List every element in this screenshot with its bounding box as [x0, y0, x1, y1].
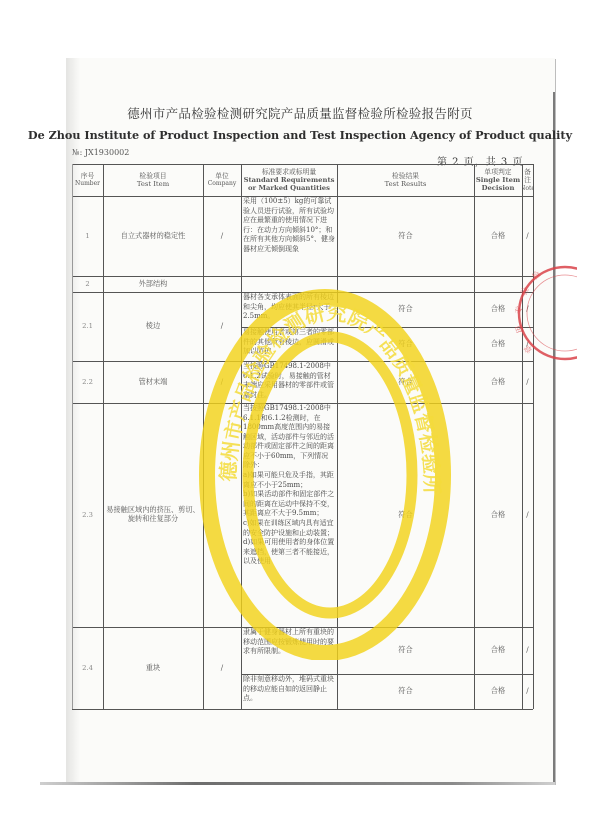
row-2-2-standard: 当按照GB17498.1-2008中6.1.2试验时，易接触的管材末端应采用器材…	[241, 361, 337, 403]
header-item-en: Test Item	[137, 180, 169, 188]
grid-line	[72, 164, 73, 709]
row-2-4b-decision: 合格	[474, 674, 522, 709]
header-results: 检验结果 Test Results	[337, 164, 474, 196]
row-2-2-decision: 合格	[474, 361, 522, 403]
paper-edge-bottom	[40, 782, 555, 785]
row-1-company: /	[203, 196, 241, 276]
row-2-1a-note: /	[522, 292, 533, 327]
row-2-2-company: /	[203, 361, 241, 403]
grid-line	[72, 709, 533, 710]
row-2-3-note: /	[522, 403, 533, 627]
row-2-4b-result: 符合	[337, 674, 474, 709]
paper-edge-right	[553, 92, 555, 784]
row-2-1-number: 2.1	[72, 292, 103, 361]
grid-line	[241, 674, 533, 675]
header-number-cn: 序号	[81, 172, 95, 180]
grid-line	[72, 276, 533, 277]
grid-line	[533, 164, 534, 709]
header-company: 单位 Company	[203, 164, 241, 196]
row-2-2-result: 符合	[337, 361, 474, 403]
header-decision-cn: 单项判定	[484, 168, 511, 176]
row-2-3-decision: 合格	[474, 403, 522, 627]
header-test-item: 检验项目 Test Item	[103, 164, 203, 196]
row-2-1a-decision: 合格	[474, 292, 522, 327]
grid-line	[241, 164, 242, 709]
header-number-en: Number	[75, 180, 100, 187]
row-2-item: 外部结构	[103, 276, 203, 292]
header-decision-en2: Decision	[482, 184, 515, 192]
header-results-en: Test Results	[385, 180, 427, 188]
grid-line	[241, 327, 533, 328]
grid-line	[72, 196, 533, 197]
row-2-2-number: 2.2	[72, 361, 103, 403]
grid-line	[203, 164, 204, 709]
row-2-1b-note: /	[522, 327, 533, 361]
row-2-3-item: 易接触区域内的挤压、剪切、旋转和往复部分	[105, 403, 201, 627]
row-2-3-number: 2.3	[72, 403, 103, 627]
row-2-4a-result: 符合	[337, 627, 474, 674]
grid-line	[72, 164, 533, 165]
header-note-cn: 备注	[522, 168, 533, 184]
row-1-result: 符合	[337, 196, 474, 276]
row-2-4-company: /	[203, 627, 241, 709]
header-standard: 标准要求或标明量 Standard Requirements or Marked…	[241, 164, 337, 196]
report-title-english: De Zhou Institute of Product Inspection …	[0, 128, 600, 142]
report-number: №: JX1930002	[72, 148, 129, 157]
report-title-chinese: 德州市产品检验检测研究院产品质量监督检验所检验报告附页	[0, 104, 600, 122]
row-2-2-item: 管材末端	[103, 361, 203, 403]
row-2-4b-note: /	[522, 674, 533, 709]
row-2-3-result: 符合	[337, 403, 474, 627]
header-note-en: Note	[522, 185, 533, 192]
inspection-table: 序号 Number 检验项目 Test Item 单位 Company 标准要求…	[72, 164, 533, 709]
row-2-number: 2	[72, 276, 103, 292]
row-2-4a-note: /	[522, 627, 533, 674]
header-standard-cn: 标准要求或标明量	[262, 168, 316, 176]
row-2-4a-decision: 合格	[474, 627, 522, 674]
row-2-1b-standard: 易接触使用者或第三者的零部件的其他所有棱边，应圆滑或加以防护	[241, 327, 337, 361]
row-1-standard: 采用（100±5）kg的可靠试验人员进行试验，所有试验均应在最繁重的使用情况下进…	[241, 196, 337, 276]
row-2-1a-standard: 器材各支承体表面的所有棱边和尖角，均应使其半径r大于2.5mm。	[241, 292, 337, 327]
header-standard-en2: or Marked Quantities	[248, 184, 330, 192]
row-2-2-note: /	[522, 361, 533, 403]
row-1-decision: 合格	[474, 196, 522, 276]
row-2-1a-result: 符合	[337, 292, 474, 327]
grid-line	[474, 164, 475, 709]
header-decision: 单项判定 Single Item Decision	[474, 164, 522, 196]
row-2-1-item: 棱边	[103, 292, 203, 361]
header-decision-en1: Single Item	[476, 176, 520, 184]
header-item-cn: 检验项目	[139, 172, 166, 180]
grid-line	[103, 164, 104, 709]
row-1-number: 1	[72, 196, 103, 276]
header-standard-en1: Standard Requirements	[244, 176, 335, 184]
row-2-4-item: 重块	[103, 627, 203, 709]
grid-line	[72, 627, 533, 628]
row-1-note: /	[522, 196, 533, 276]
row-2-4a-standard: 隶属于健身器材上所有重块的移动范围应按锻炼使用时的要求有所限制。	[241, 627, 337, 674]
grid-line	[337, 164, 338, 709]
row-2-3-standard: 当按照GB17498.1-2008中6.1.1和6.1.2检测时，在1800mm…	[241, 403, 337, 627]
row-2-1b-result: 符合	[337, 327, 474, 361]
row-2-1-company: /	[203, 292, 241, 361]
row-2-4b-standard: 除非刻意移动外，堆码式重块的移动应能自如的返回静止点。	[241, 674, 337, 709]
header-company-cn: 单位	[215, 172, 229, 180]
grid-line	[72, 292, 533, 293]
row-1-item: 自立式器材的稳定性	[103, 196, 203, 276]
header-number: 序号 Number	[72, 164, 103, 196]
header-company-en: Company	[208, 180, 237, 187]
row-2-1b-decision: 合格	[474, 327, 522, 361]
grid-line	[72, 403, 533, 404]
grid-line	[522, 164, 523, 709]
header-note: 备注 Note	[522, 164, 533, 196]
header-results-cn: 检验结果	[392, 172, 419, 180]
grid-line	[72, 361, 533, 362]
row-2-4-number: 2.4	[72, 627, 103, 709]
